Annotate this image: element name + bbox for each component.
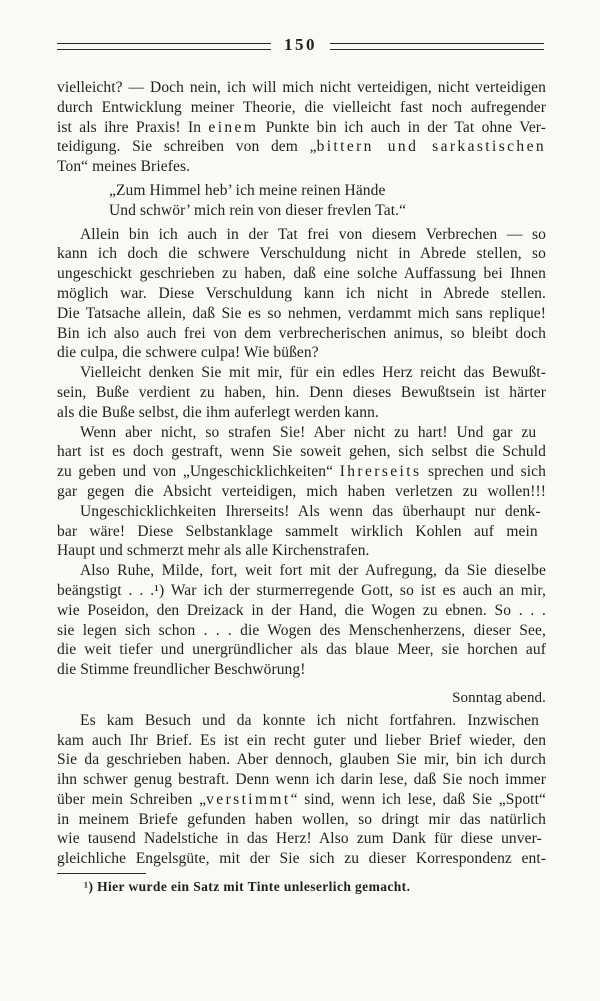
text-line: Haupt und schmerzt mehr als alle Kirchen…: [57, 541, 546, 561]
text-segment: zu geben und von „Ungeschicklichkeiten“: [57, 463, 340, 480]
text-segment: die weit tiefer und unergründlicher als …: [57, 641, 546, 658]
text-segment: Haupt und schmerzt mehr als alle Kirchen…: [57, 542, 370, 559]
letterspaced-text: bittern und sarkastischen: [317, 138, 546, 155]
text-line: „Zum Himmel heb’ ich meine reinen Hände: [109, 181, 546, 201]
line-text: vielleicht? — Doch nein, ich will mich n…: [57, 79, 546, 96]
text-segment: vielleicht? — Doch nein, ich will mich n…: [57, 79, 546, 96]
line-text: „Zum Himmel heb’ ich meine reinen Hände: [109, 182, 385, 199]
paragraph: Es kam Besuch und da konnte ich nicht fo…: [57, 711, 546, 869]
line-text: Es kam Besuch und da konnte ich nicht fo…: [80, 712, 539, 729]
letterspaced-text: einem: [208, 119, 258, 136]
line-text: Und schwör’ mich rein von dieser frevlen…: [109, 202, 406, 219]
text-line: Bin ich also auch frei von dem verbreche…: [57, 324, 546, 344]
text-line: wie Poseidon, den Dreizack in der Hand, …: [57, 601, 546, 621]
quote: „Zum Himmel heb’ ich meine reinen HändeU…: [109, 181, 546, 221]
text-segment: hart ist es doch gestraft, wenn Sie sowe…: [57, 443, 546, 460]
text-line: vielleicht? — Doch nein, ich will mich n…: [57, 78, 546, 98]
text-segment: die Stimme freundlicher Beschwörung!: [57, 661, 306, 678]
text-line: die culpa, die schwere culpa! Wie büßen?: [57, 343, 546, 363]
paragraph: Ungeschicklichkeiten Ihrerseits! Als wen…: [57, 502, 546, 561]
text-line: bar wäre! Diese Selbstanklage sammelt wi…: [57, 522, 546, 542]
text-segment: sein, Buße verdient zu haben, hin. Denn …: [57, 384, 546, 401]
text-line: Es kam Besuch und da konnte ich nicht fo…: [57, 711, 546, 731]
text-segment: Ton“ meines Briefes.: [57, 158, 190, 175]
text-segment: sie legen sich schon . . . die Wogen des…: [57, 622, 546, 639]
text-segment: gar gegen die Absicht verteidigen, mich …: [57, 483, 546, 500]
text-line: Die Tatsache allein, daß Sie es so nehme…: [57, 304, 546, 324]
line-text: Sonntag abend.: [452, 690, 546, 706]
text-segment: beängstigt . . .¹) War ich der sturmerre…: [57, 582, 546, 599]
line-text: ungeschickt geschrieben zu haben, daß ei…: [57, 265, 546, 282]
line-text: kann ich doch die schwere Verschuldung n…: [57, 245, 546, 262]
text-segment: durch Entwicklung meiner Theorie, die vi…: [57, 99, 546, 116]
line-text: durch Entwicklung meiner Theorie, die vi…: [57, 99, 546, 116]
text-segment: kann ich doch die schwere Verschuldung n…: [57, 245, 546, 262]
text-segment: ungeschickt geschrieben zu haben, daß ei…: [57, 265, 546, 282]
text-line: Also Ruhe, Milde, fort, weit fort mit de…: [57, 561, 546, 581]
line-text: gar gegen die Absicht verteidigen, mich …: [57, 483, 546, 500]
text-segment: möglich war. Diese Verschuldung kann ich…: [57, 285, 546, 302]
text-line: Allein bin ich auch in der Tat frei von …: [57, 225, 546, 245]
text-line: die weit tiefer und unergründlicher als …: [57, 640, 546, 660]
line-text: wie Poseidon, den Dreizack in der Hand, …: [57, 602, 546, 619]
text-segment: Und schwör’ mich rein von dieser frevlen…: [109, 202, 406, 219]
text-line: durch Entwicklung meiner Theorie, die vi…: [57, 98, 546, 118]
text-segment: Punkte bin ich auch in der Tat ohne Ver-: [258, 119, 546, 136]
line-text: Vielleicht denken Sie mit mir, für ein e…: [80, 364, 546, 381]
text-segment: wie tausend Nadelstiche in das Herz! Als…: [57, 830, 542, 847]
text-line: hart ist es doch gestraft, wenn Sie sowe…: [57, 442, 546, 462]
line-text: teidigung. Sie schreiben von dem „bitter…: [57, 138, 546, 155]
line-text: Ton“ meines Briefes.: [57, 158, 190, 175]
line-text: gleichliche Engelsgüte, mit der Sie sich…: [57, 850, 546, 867]
text-line: wie tausend Nadelstiche in das Herz! Als…: [57, 829, 546, 849]
text-segment: gleichliche Engelsgüte, mit der Sie sich…: [57, 850, 546, 867]
text-line: Ungeschicklichkeiten Ihrerseits! Als wen…: [57, 502, 546, 522]
text-segment: wie Poseidon, den Dreizack in der Hand, …: [57, 602, 546, 619]
text-line: Vielleicht denken Sie mit mir, für ein e…: [57, 363, 546, 383]
text-segment: Wenn aber nicht, so strafen Sie! Aber ni…: [80, 424, 536, 441]
line-text: Ungeschicklichkeiten Ihrerseits! Als wen…: [80, 503, 541, 520]
line-text: sie legen sich schon . . . die Wogen des…: [57, 622, 546, 639]
line-text: Bin ich also auch frei von dem verbreche…: [57, 325, 546, 342]
paragraph: vielleicht? — Doch nein, ich will mich n…: [57, 78, 546, 177]
text-segment: Also Ruhe, Milde, fort, weit fort mit de…: [80, 562, 546, 579]
text-line: in meinem Briefe gefunden haben wollen, …: [57, 810, 546, 830]
line-text: die culpa, die schwere culpa! Wie büßen?: [57, 344, 319, 361]
text-segment: Sie da geschrieben haben. Aber dennoch, …: [57, 751, 546, 768]
text-segment: in meinem Briefe gefunden haben wollen, …: [57, 811, 546, 828]
text-line: Sie da geschrieben haben. Aber dennoch, …: [57, 750, 546, 770]
text-segment: Die Tatsache allein, daß Sie es so nehme…: [57, 305, 546, 322]
line-text: hart ist es doch gestraft, wenn Sie sowe…: [57, 443, 546, 460]
line-text: beängstigt . . .¹) War ich der sturmerre…: [57, 582, 546, 599]
text-line: die Stimme freundlicher Beschwörung!: [57, 660, 546, 680]
line-text: Also Ruhe, Milde, fort, weit fort mit de…: [80, 562, 546, 579]
footnote: ¹) Hier wurde ein Satz mit Tinte unleser…: [57, 873, 546, 897]
text-segment: sprechen und sich: [421, 463, 546, 480]
text-segment: Bin ich also auch frei von dem verbreche…: [57, 325, 546, 342]
text-line: Und schwör’ mich rein von dieser frevlen…: [109, 201, 546, 221]
text-line: möglich war. Diese Verschuldung kann ich…: [57, 284, 546, 304]
line-text: Allein bin ich auch in der Tat frei von …: [80, 226, 546, 243]
paragraph: Also Ruhe, Milde, fort, weit fort mit de…: [57, 561, 546, 680]
header-rule-left: [57, 43, 271, 50]
line-text: zu geben und von „Ungeschicklichkeiten“ …: [57, 463, 546, 480]
text-line: ungeschickt geschrieben zu haben, daß ei…: [57, 264, 546, 284]
text-segment: Sonntag abend.: [452, 690, 546, 706]
text-line: als die Buße selbst, die ihm auferlegt w…: [57, 403, 546, 423]
text-line: Ton“ meines Briefes.: [57, 157, 546, 177]
text-segment: als die Buße selbst, die ihm auferlegt w…: [57, 404, 379, 421]
line-text: in meinem Briefe gefunden haben wollen, …: [57, 811, 546, 828]
line-text: möglich war. Diese Verschuldung kann ich…: [57, 285, 546, 302]
text-segment: Vielleicht denken Sie mit mir, für ein e…: [80, 364, 546, 381]
header-rule-right: [330, 43, 544, 50]
line-text: ist als ihre Praxis! In einem Punkte bin…: [57, 119, 546, 136]
footnote-rule: [57, 873, 146, 874]
text-segment: bar wäre! Diese Selbstanklage sammelt wi…: [57, 523, 538, 540]
line-text: Sie da geschrieben haben. Aber dennoch, …: [57, 751, 546, 768]
text-segment: kam auch Ihr Brief. Es ist ein recht gut…: [57, 732, 546, 749]
text-segment: über mein Schreiben „: [57, 791, 206, 808]
text-column: vielleicht? — Doch nein, ich will mich n…: [57, 78, 546, 897]
text-line: Sonntag abend.: [57, 689, 546, 709]
text-line: ihn schwer genug bestraft. Denn wenn ich…: [57, 770, 546, 790]
text-segment: ¹) Hier wurde ein Satz mit Tinte unleser…: [84, 879, 410, 894]
text-line: ist als ihre Praxis! In einem Punkte bin…: [57, 118, 546, 138]
text-line: sie legen sich schon . . . die Wogen des…: [57, 621, 546, 641]
text-line: beängstigt . . .¹) War ich der sturmerre…: [57, 581, 546, 601]
page-number: 150: [284, 35, 317, 55]
text-segment: ihn schwer genug bestraft. Denn wenn ich…: [57, 771, 546, 788]
book-page: 150 vielleicht? — Doch nein, ich will mi…: [0, 0, 600, 1001]
line-text: Die Tatsache allein, daß Sie es so nehme…: [57, 305, 546, 322]
line-text: ¹) Hier wurde ein Satz mit Tinte unleser…: [84, 879, 410, 894]
text-line: Wenn aber nicht, so strafen Sie! Aber ni…: [57, 423, 546, 443]
line-text: über mein Schreiben „verstimmt“ sind, we…: [57, 791, 546, 808]
line-text: kam auch Ihr Brief. Es ist ein recht gut…: [57, 732, 546, 749]
text-segment: “ sind, wenn ich lese, daß Sie „Spott“: [291, 791, 546, 808]
dateline: Sonntag abend.: [57, 689, 546, 709]
text-line: ¹) Hier wurde ein Satz mit Tinte unleser…: [57, 877, 546, 897]
text-line: kam auch Ihr Brief. Es ist ein recht gut…: [57, 731, 546, 751]
paragraph: Vielleicht denken Sie mit mir, für ein e…: [57, 363, 546, 422]
text-line: zu geben und von „Ungeschicklichkeiten“ …: [57, 462, 546, 482]
line-text: als die Buße selbst, die ihm auferlegt w…: [57, 404, 379, 421]
running-head: 150: [57, 35, 544, 57]
line-text: sein, Buße verdient zu haben, hin. Denn …: [57, 384, 546, 401]
text-segment: Ungeschicklichkeiten Ihrerseits! Als wen…: [80, 503, 541, 520]
letterspaced-text: Ihrerseits: [340, 463, 422, 480]
text-line: sein, Buße verdient zu haben, hin. Denn …: [57, 383, 546, 403]
line-text: wie tausend Nadelstiche in das Herz! Als…: [57, 830, 542, 847]
text-segment: Es kam Besuch und da konnte ich nicht fo…: [80, 712, 539, 729]
letterspaced-text: verstimmt: [206, 791, 290, 808]
paragraph: Allein bin ich auch in der Tat frei von …: [57, 225, 546, 364]
text-segment: „Zum Himmel heb’ ich meine reinen Hände: [109, 182, 385, 199]
line-text: die weit tiefer und unergründlicher als …: [57, 641, 546, 658]
line-text: die Stimme freundlicher Beschwörung!: [57, 661, 306, 678]
text-line: über mein Schreiben „verstimmt“ sind, we…: [57, 790, 546, 810]
text-segment: Allein bin ich auch in der Tat frei von …: [80, 226, 546, 243]
line-text: Wenn aber nicht, so strafen Sie! Aber ni…: [80, 424, 536, 441]
paragraph: Wenn aber nicht, so strafen Sie! Aber ni…: [57, 423, 546, 502]
text-segment: die culpa, die schwere culpa! Wie büßen?: [57, 344, 319, 361]
text-segment: teidigung. Sie schreiben von dem „: [57, 138, 317, 155]
text-line: gleichliche Engelsgüte, mit der Sie sich…: [57, 849, 546, 869]
text-segment: ist als ihre Praxis! In: [57, 119, 208, 136]
line-text: Haupt und schmerzt mehr als alle Kirchen…: [57, 542, 370, 559]
text-line: teidigung. Sie schreiben von dem „bitter…: [57, 137, 546, 157]
line-text: ihn schwer genug bestraft. Denn wenn ich…: [57, 771, 546, 788]
text-line: gar gegen die Absicht verteidigen, mich …: [57, 482, 546, 502]
text-line: kann ich doch die schwere Verschuldung n…: [57, 244, 546, 264]
line-text: bar wäre! Diese Selbstanklage sammelt wi…: [57, 523, 538, 540]
